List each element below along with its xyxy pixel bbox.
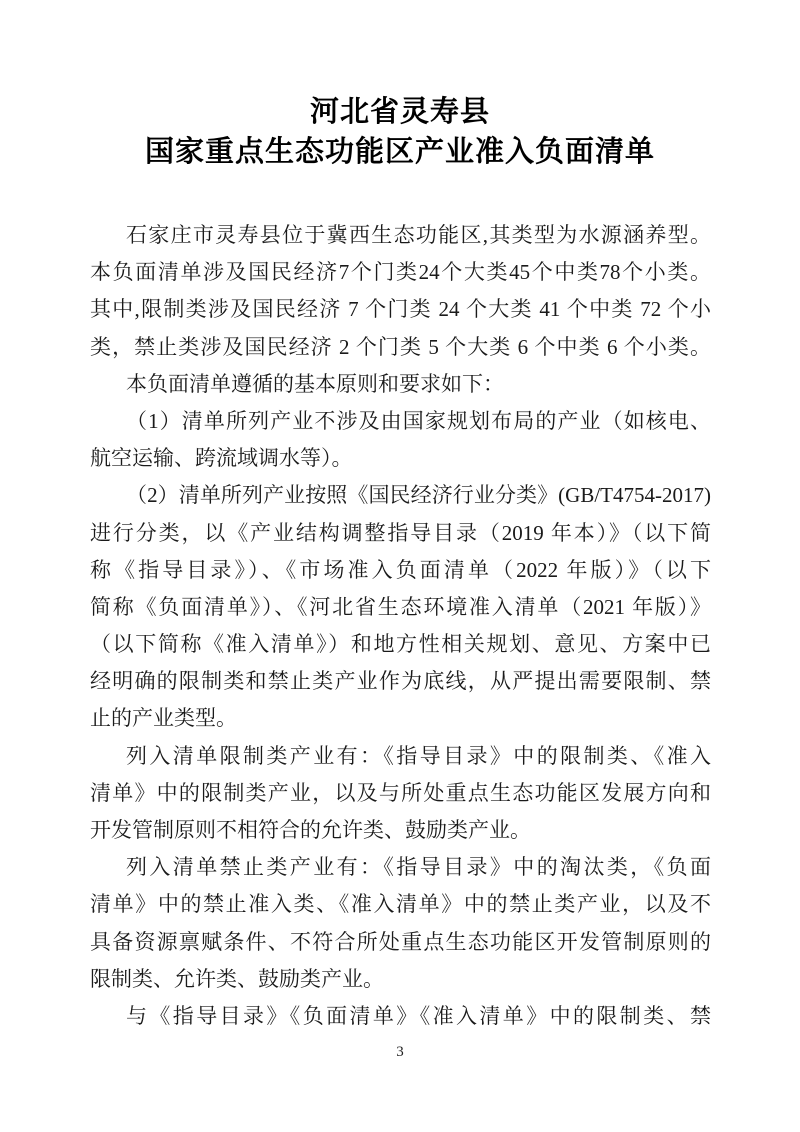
page-number: 3 bbox=[0, 1044, 800, 1061]
paragraph: 列入清单限制类产业有：《指导目录》中的限制类、《准入清单》中的限制类产业，以及与… bbox=[90, 738, 711, 850]
body-line: 限制类、允许类、鼓励类产业。 bbox=[90, 961, 711, 998]
document-body: 石家庄市灵寿县位于冀西生态功能区,其类型为水源涵养型。本负面清单涉及国民经济7个… bbox=[90, 217, 711, 1035]
body-line: 类，禁止类涉及国民经济 2 个门类 5 个大类 6 个中类 6 个小类。 bbox=[90, 329, 711, 366]
body-line: （2）清单所列产业按照《国民经济行业分类》(GB/T4754-2017) bbox=[90, 477, 711, 514]
body-line: 称《指导目录》）、《市场准入负面清单（2022 年版）》（以下 bbox=[90, 552, 711, 589]
title-line-2: 国家重点生态功能区产业准入负面清单 bbox=[90, 132, 710, 172]
body-line: 清单》中的限制类产业，以及与所处重点生态功能区发展方向和 bbox=[90, 775, 711, 812]
body-line: 具备资源禀赋条件、不符合所处重点生态功能区开发管制原则的 bbox=[90, 924, 711, 961]
paragraph: （1）清单所列产业不涉及由国家规划布局的产业（如核电、航空运输、跨流域调水等）。 bbox=[90, 403, 711, 477]
body-line: （1）清单所列产业不涉及由国家规划布局的产业（如核电、 bbox=[90, 403, 711, 440]
document-page: 河北省灵寿县 国家重点生态功能区产业准入负面清单 石家庄市灵寿县位于冀西生态功能… bbox=[0, 0, 800, 1132]
body-line: 进行分类，以《产业结构调整指导目录（2019 年本）》（以下简 bbox=[90, 515, 711, 552]
paragraph: 列入清单禁止类产业有：《指导目录》中的淘汰类，《负面清单》中的禁止准入类、《准入… bbox=[90, 849, 711, 998]
paragraph: （2）清单所列产业按照《国民经济行业分类》(GB/T4754-2017)进行分类… bbox=[90, 477, 711, 737]
body-line: 本负面清单涉及国民经济7个门类24个大类45个中类78个小类。 bbox=[90, 254, 711, 291]
body-line: 经明确的限制类和禁止类产业作为底线，从严提出需要限制、禁 bbox=[90, 663, 711, 700]
body-line: 列入清单禁止类产业有：《指导目录》中的淘汰类，《负面 bbox=[90, 849, 711, 886]
body-line: 航空运输、跨流域调水等）。 bbox=[90, 440, 711, 477]
document-title: 河北省灵寿县 国家重点生态功能区产业准入负面清单 bbox=[90, 92, 710, 172]
body-line: 与《指导目录》《负面清单》《准入清单》中的限制类、禁 bbox=[90, 998, 711, 1035]
body-line: 止的产业类型。 bbox=[90, 700, 711, 737]
paragraph: 石家庄市灵寿县位于冀西生态功能区,其类型为水源涵养型。本负面清单涉及国民经济7个… bbox=[90, 217, 711, 366]
body-line: 石家庄市灵寿县位于冀西生态功能区,其类型为水源涵养型。 bbox=[90, 217, 711, 254]
body-line: 其中,限制类涉及国民经济 7 个门类 24 个大类 41 个中类 72 个小 bbox=[90, 291, 711, 328]
title-line-1: 河北省灵寿县 bbox=[90, 92, 710, 132]
body-line: 清单》中的禁止准入类、《准入清单》中的禁止类产业，以及不 bbox=[90, 886, 711, 923]
body-line: （以下简称《准入清单》）和地方性相关规划、意见、方案中已 bbox=[90, 626, 711, 663]
body-line: 开发管制原则不相符合的允许类、鼓励类产业。 bbox=[90, 812, 711, 849]
paragraph: 本负面清单遵循的基本原则和要求如下： bbox=[90, 366, 711, 403]
body-line: 列入清单限制类产业有：《指导目录》中的限制类、《准入 bbox=[90, 738, 711, 775]
body-line: 本负面清单遵循的基本原则和要求如下： bbox=[90, 366, 711, 403]
body-line: 简称《负面清单》）、《河北省生态环境准入清单（2021 年版）》 bbox=[90, 589, 711, 626]
paragraph: 与《指导目录》《负面清单》《准入清单》中的限制类、禁 bbox=[90, 998, 711, 1035]
